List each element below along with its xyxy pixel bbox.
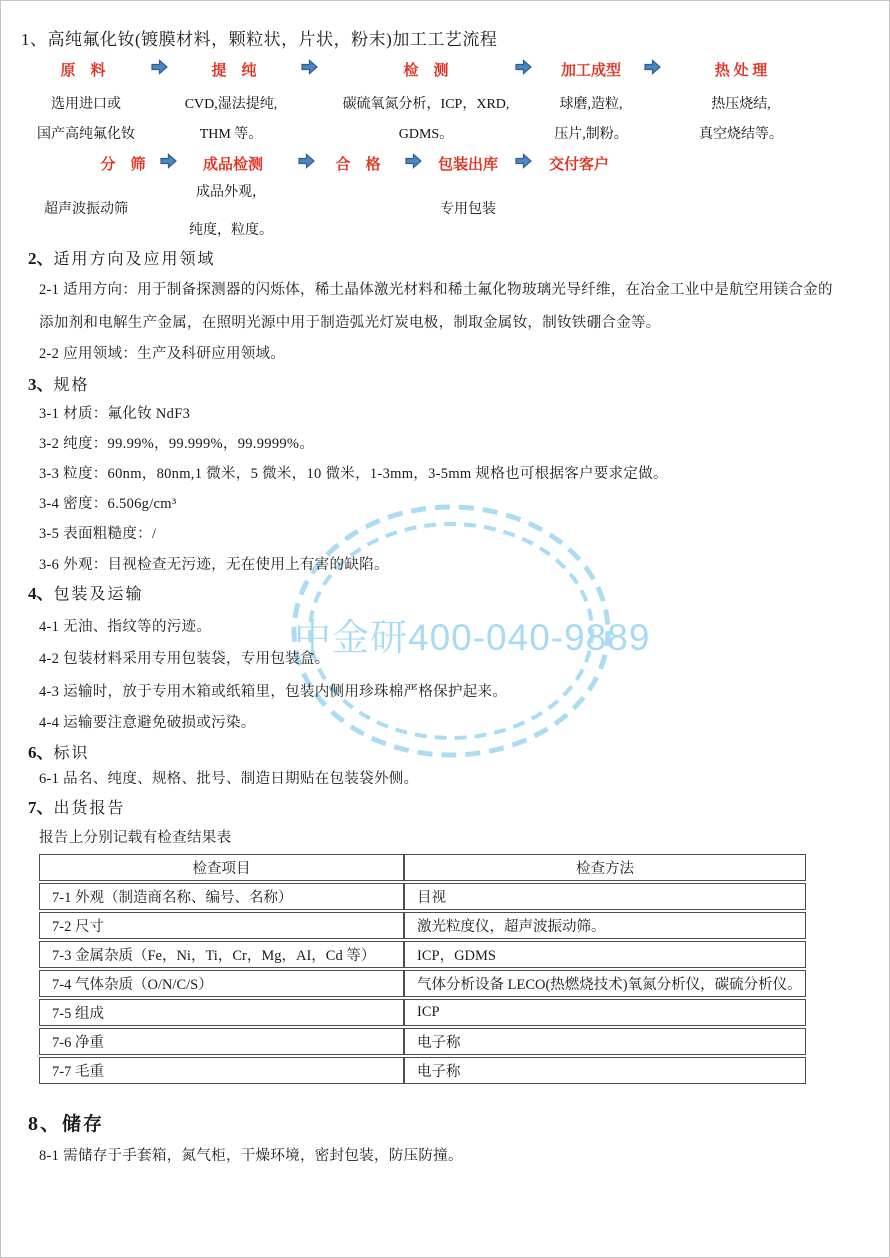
section-heading-8: 8、储存 <box>28 1107 104 1136</box>
flow-stage-heat-treat: 热 处 理 <box>691 59 791 80</box>
flow-stage-sieving: 分 筛 <box>73 153 173 174</box>
section-heading-6: 6、标识 <box>28 738 90 763</box>
table-cell: ICP，GDMS <box>404 941 806 968</box>
table-row: 7-5 组成 ICP <box>39 999 806 1026</box>
flow-stage-purification: 提 纯 <box>184 59 284 80</box>
para-6-1: 6-1 品名、纯度、规格、批号、制造日期贴在包装袋外侧。 <box>39 767 418 788</box>
flow-arrow-icon <box>644 59 661 75</box>
flow-stage-inspection: 检 测 <box>376 59 476 80</box>
table-cell: 7-3 金属杂质（Fe，Ni，Ti，Cr，Mg，AI，Cd 等） <box>39 941 404 968</box>
para-3-1: 3-1 材质：氟化钕 NdF3 <box>39 402 190 423</box>
table-cell: 气体分析设备 LECO(热燃烧技术)氧氮分析仪，碳硫分析仪。 <box>404 970 806 997</box>
flow-stage-final-inspect: 成品检测 <box>183 153 283 174</box>
flow-arrow-icon <box>515 153 532 169</box>
para-2-2: 2-2 应用领域：生产及科研应用领域。 <box>39 342 285 363</box>
table-row: 7-3 金属杂质（Fe，Ni，Ti，Cr，Mg，AI，Cd 等） ICP，GDM… <box>39 941 806 968</box>
flow-desc: 球磨,造粒, <box>506 93 676 113</box>
flow-desc: 纯度，粒度。 <box>146 219 316 239</box>
flow-desc: 热压烧结, <box>656 93 826 113</box>
flow-desc: 压片,制粉。 <box>506 123 676 143</box>
table-cell: 7-1 外观（制造商名称、编号、名称） <box>39 883 404 910</box>
flow-arrow-icon <box>301 59 318 75</box>
table-cell: 7-2 尺寸 <box>39 912 404 939</box>
inspection-table: 检查项目 检查方法 7-1 外观（制造商名称、编号、名称） 目视 7-2 尺寸 … <box>39 852 806 1086</box>
flow-arrow-icon <box>515 59 532 75</box>
flow-desc: CVD,湿法提纯, <box>146 93 316 113</box>
table-row: 7-6 净重 电子称 <box>39 1028 806 1055</box>
flow-stage-packing-out: 包装出库 <box>418 153 518 174</box>
para-3-3: 3-3 粒度：60nm，80nm,1 微米，5 微米，10 微米，1-3mm，3… <box>39 462 668 483</box>
table-cell: 7-4 气体杂质（O/N/C/S） <box>39 970 404 997</box>
table-cell: 电子称 <box>404 1057 806 1084</box>
table-header-row: 检查项目 检查方法 <box>39 854 806 881</box>
para-2-1-line1: 2-1 适用方向：用于制备探测器的闪烁体，稀土晶体激光材料和稀土氟化物玻璃光导纤… <box>39 278 833 299</box>
section-heading-4: 4、包装及运输 <box>28 579 144 604</box>
table-row: 7-2 尺寸 激光粒度仪，超声波振动筛。 <box>39 912 806 939</box>
table-cell: 7-7 毛重 <box>39 1057 404 1084</box>
table-cell: 激光粒度仪，超声波振动筛。 <box>404 912 806 939</box>
section-heading-3: 3、规格 <box>28 370 90 395</box>
flow-arrow-icon <box>405 153 422 169</box>
flow-desc: 专用包装 <box>383 198 553 218</box>
flow-stage-raw-material: 原 料 <box>33 59 133 80</box>
para-report-note: 报告上分别记载有检查结果表 <box>39 826 231 847</box>
section-heading-7: 7、出货报告 <box>28 793 126 818</box>
table-cell: 目视 <box>404 883 806 910</box>
para-3-6: 3-6 外观：目视检查无污迹，无在使用上有害的缺陷。 <box>39 553 389 574</box>
table-cell: 7-5 组成 <box>39 999 404 1026</box>
table-cell: ICP <box>404 999 806 1026</box>
flow-stage-forming: 加工成型 <box>541 59 641 80</box>
page-title: 1、高纯氟化钕(镀膜材料，颗粒状，片状，粉末)加工工艺流程 <box>21 25 497 50</box>
para-4-1: 4-1 无油、指纹等的污迹。 <box>39 615 211 636</box>
para-3-4: 3-4 密度：6.506g/cm³ <box>39 492 177 513</box>
table-row: 7-1 外观（制造商名称、编号、名称） 目视 <box>39 883 806 910</box>
watermark-stamp-icon <box>286 499 616 764</box>
table-row: 7-4 气体杂质（O/N/C/S） 气体分析设备 LECO(热燃烧技术)氧氮分析… <box>39 970 806 997</box>
para-3-2: 3-2 纯度：99.99%，99.999%，99.9999%。 <box>39 432 314 453</box>
flow-desc: 碳硫氧氮分析，ICP，XRD, <box>331 93 521 113</box>
flow-arrow-icon <box>151 59 168 75</box>
flow-arrow-icon <box>298 153 315 169</box>
table-cell: 电子称 <box>404 1028 806 1055</box>
table-cell: 7-6 净重 <box>39 1028 404 1055</box>
flow-desc: 超声波振动筛 <box>1 198 171 218</box>
flow-stage-qualified: 合 格 <box>308 153 408 174</box>
flow-arrow-icon <box>160 153 177 169</box>
table-row: 7-7 毛重 电子称 <box>39 1057 806 1084</box>
para-4-4: 4-4 运输要注意避免破损或污染。 <box>39 711 256 732</box>
flow-desc: 真空烧结等。 <box>656 123 826 143</box>
flow-stage-delivery: 交付客户 <box>529 153 629 174</box>
para-4-2: 4-2 包装材料采用专用包装袋，专用包装盒。 <box>39 647 330 668</box>
section-heading-2: 2、适用方向及应用领域 <box>28 244 216 269</box>
para-4-3: 4-3 运输时，放于专用木箱或纸箱里，包装内侧用珍珠棉严格保护起来。 <box>39 680 507 701</box>
table-header-item: 检查项目 <box>39 854 404 881</box>
flow-desc: THM 等。 <box>146 123 316 143</box>
flow-desc: GDMS。 <box>331 123 521 143</box>
para-3-5: 3-5 表面粗糙度：/ <box>39 522 156 543</box>
table-header-method: 检查方法 <box>404 854 806 881</box>
watermark-text: 中金研400-040-9889 <box>294 607 650 661</box>
document-page: 中金研400-040-9889 1、高纯氟化钕(镀膜材料，颗粒状，片状，粉末)加… <box>0 0 890 1258</box>
flow-desc: 成品外观， <box>146 181 316 201</box>
para-2-1-line2: 添加剂和电解生产金属，在照明光源中用于制造弧光灯炭电极，制取金属钕，制钕铁硼合金… <box>39 311 661 332</box>
para-8-1: 8-1 需储存于手套箱，氮气柜，干燥环境，密封包装，防压防撞。 <box>39 1144 463 1165</box>
